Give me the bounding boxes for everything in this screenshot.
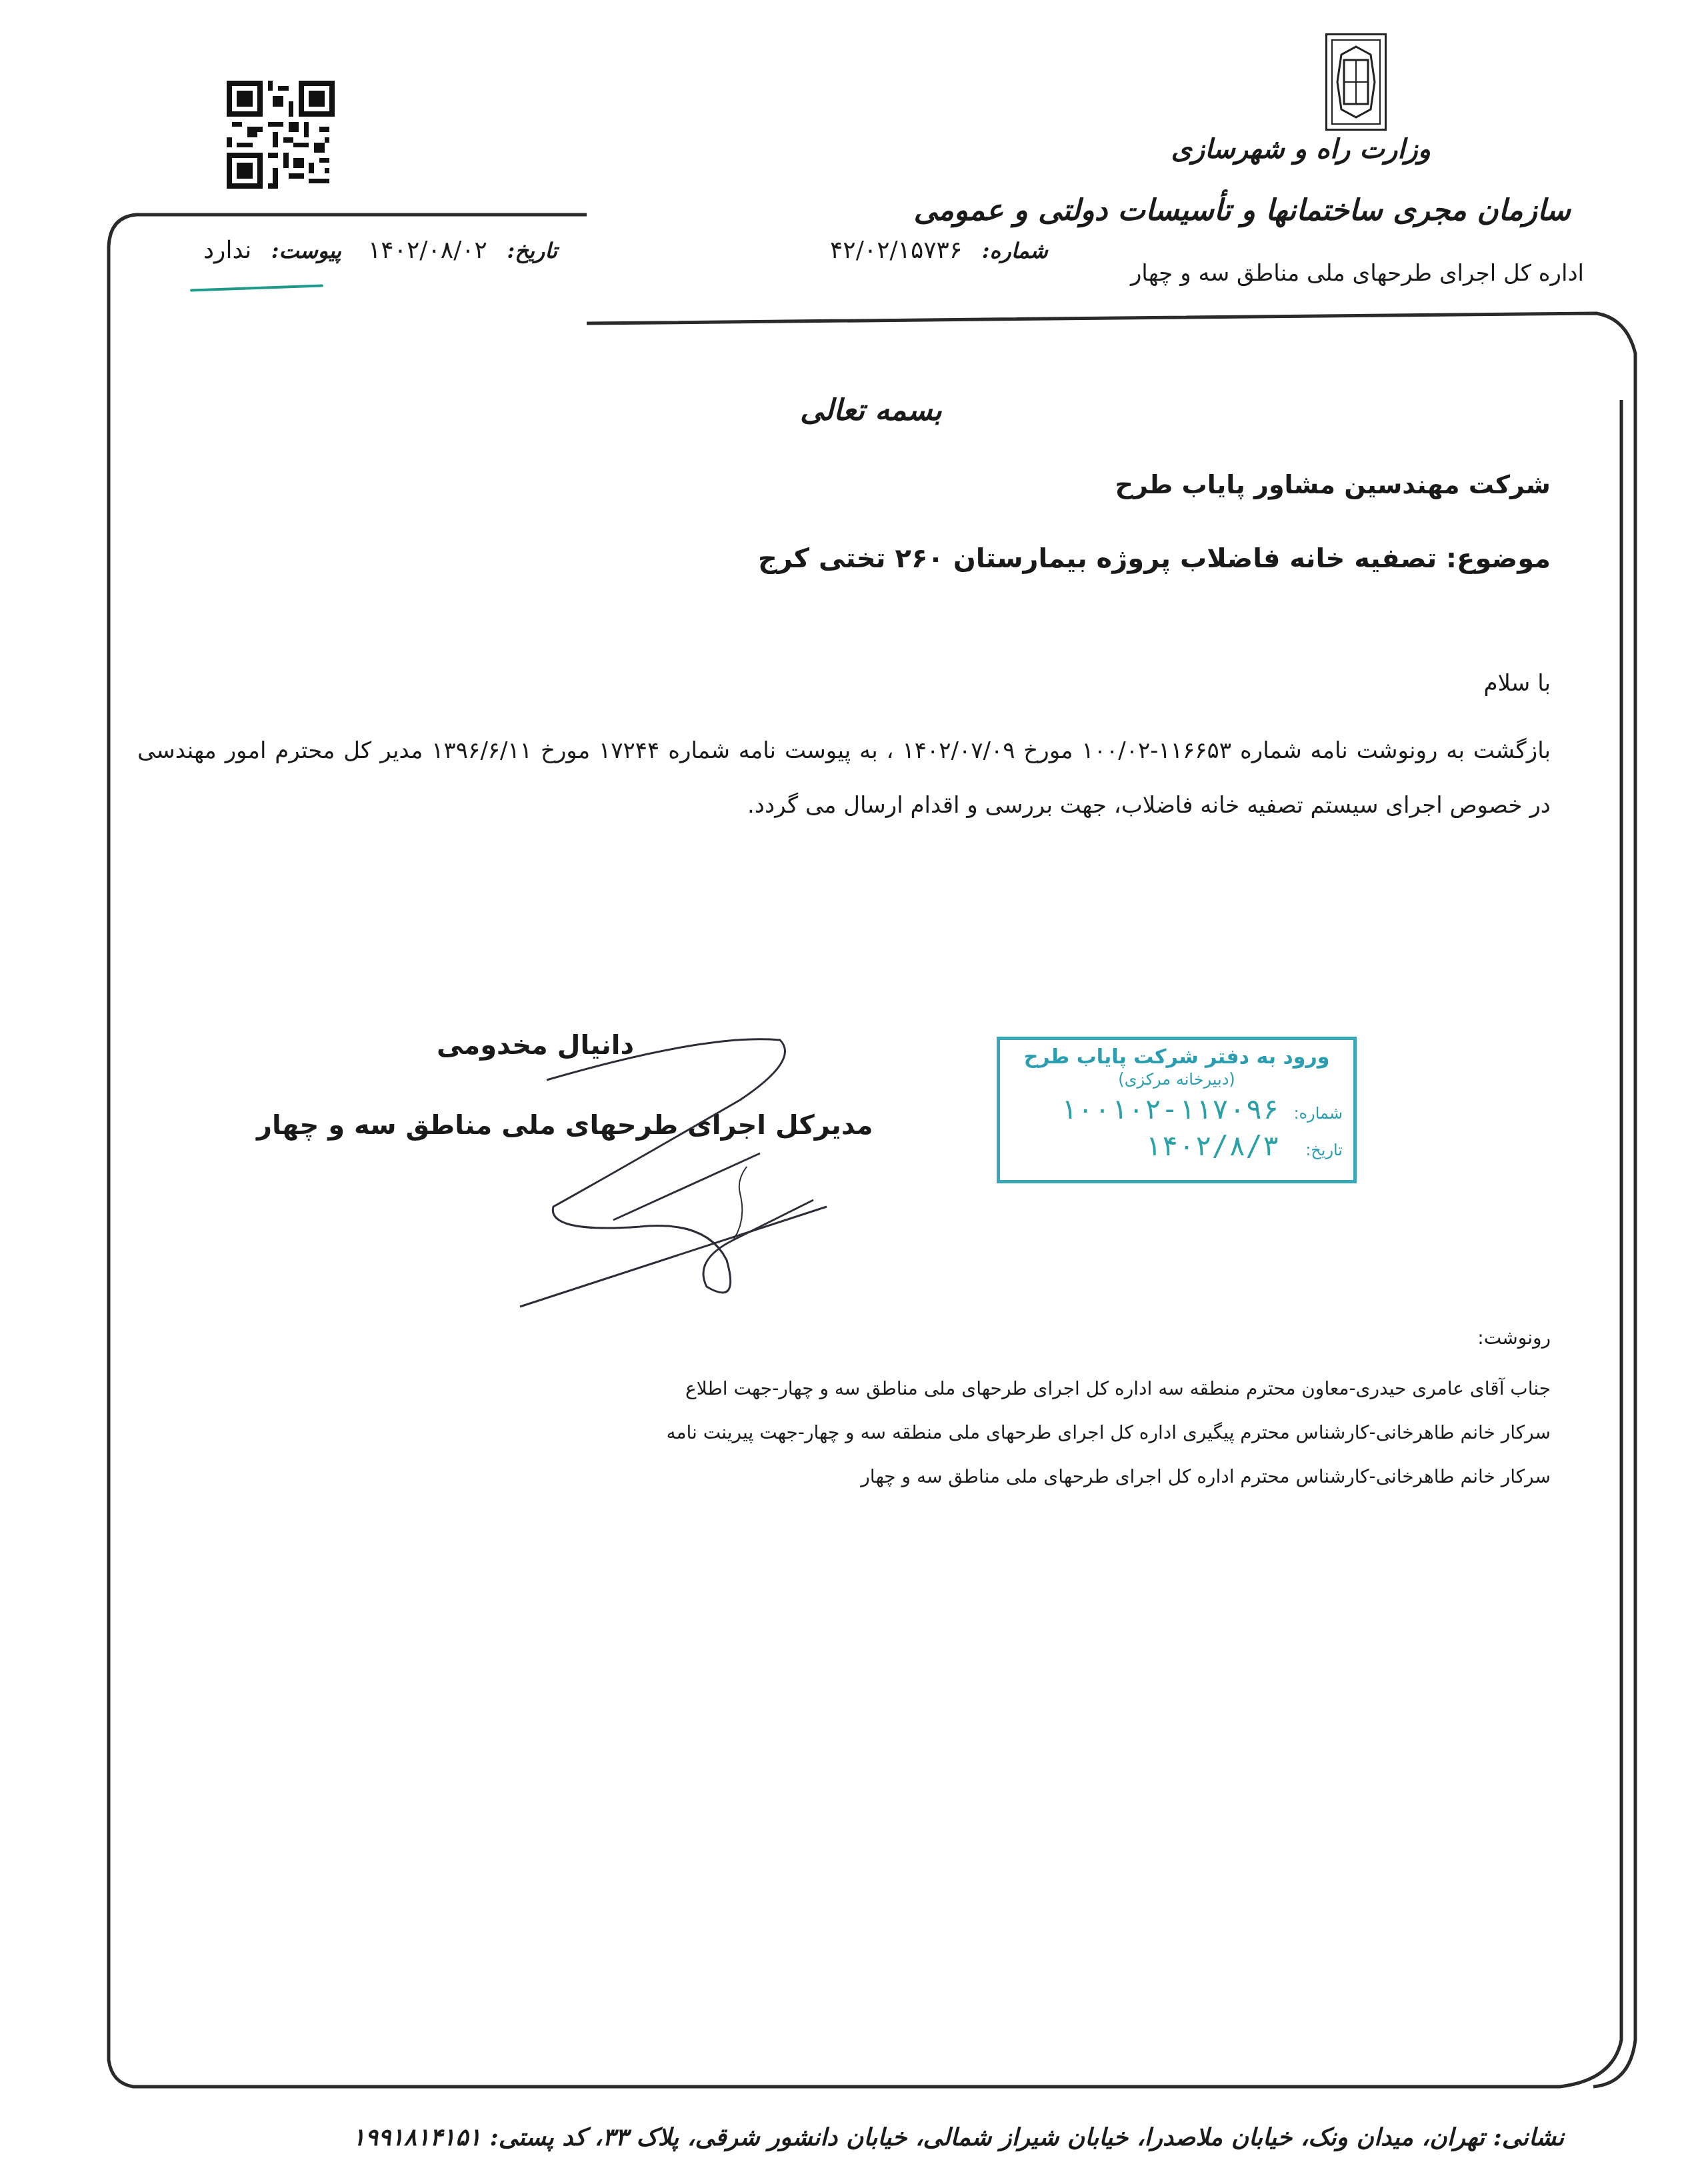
stamp-number-label: شماره: (1279, 1104, 1343, 1123)
letter-date: تاریخ: ۱۴۰۲/۰۸/۰۲ (368, 237, 557, 264)
ministry-name: وزارت راه و شهرسازی (1171, 133, 1431, 165)
stamp-date-value: ۱۴۰۲/۸/۳ (1145, 1129, 1279, 1162)
letter-number: شماره: ۴۲/۰۲/۱۵۷۳۶ (830, 237, 1048, 264)
organization-name: سازمان مجری ساختمانها و تأسیسات دولتی و … (914, 193, 1571, 227)
bismillah: بسمه تعالی (800, 393, 942, 427)
stamp-number-value: ۱۰۰۱۰۲-۱۱۷۰۹۶ (1060, 1093, 1279, 1125)
subject: موضوع: تصفیه خانه فاضلاب پروژه بیمارستان… (758, 543, 1551, 574)
stamp-title: ورود به دفتر شرکت پایاب طرح (1011, 1045, 1343, 1069)
recipient: شرکت مهندسین مشاور پایاب طرح (1115, 470, 1551, 499)
receipt-stamp: ورود به دفتر شرکت پایاب طرح (دبیرخانه مر… (997, 1037, 1357, 1183)
department-name: اداره کل اجرای طرحهای ملی مناطق سه و چها… (1131, 260, 1584, 287)
cc-list: جناب آقای عامری حیدری-معاون محترم منطقه … (667, 1367, 1551, 1499)
stamp-date-label: تاریخ: (1279, 1141, 1343, 1159)
attachment-label: پیوست: (271, 238, 341, 263)
ministry-logo-icon (1325, 33, 1387, 131)
cc-item: سرکار خانم طاهرخانی-کارشناس محترم اداره … (667, 1455, 1551, 1499)
window-emblem-icon (1336, 45, 1376, 119)
attachment-underline (190, 285, 323, 292)
letter-number-label: شماره: (982, 238, 1048, 263)
letter-number-value: ۴۲/۰۲/۱۵۷۳۶ (830, 237, 962, 264)
stamp-subtitle: (دبیرخانه مرکزی) (1011, 1070, 1343, 1089)
letter-body: بازگشت به رونوشت نامه شماره ۱۱۶۶۵۳-۱۰۰/۰… (137, 723, 1551, 833)
cc-title: رونوشت: (1477, 1327, 1551, 1349)
letter-date-value: ۱۴۰۲/۰۸/۰۲ (368, 237, 487, 264)
qr-code-icon (227, 79, 335, 191)
attachment-value: ندارد (203, 237, 251, 264)
handwritten-signature-icon (507, 1020, 853, 1313)
letter-date-label: تاریخ: (507, 238, 557, 263)
greeting: با سلام (1484, 670, 1551, 697)
cc-item: سرکار خانم طاهرخانی-کارشناس محترم پیگیری… (667, 1411, 1551, 1455)
cc-item: جناب آقای عامری حیدری-معاون محترم منطقه … (667, 1367, 1551, 1411)
letter-attachment: پیوست: ندارد (203, 237, 341, 264)
footer-address: نشانی: تهران، میدان ونک، خیابان ملاصدرا،… (352, 2123, 1564, 2151)
